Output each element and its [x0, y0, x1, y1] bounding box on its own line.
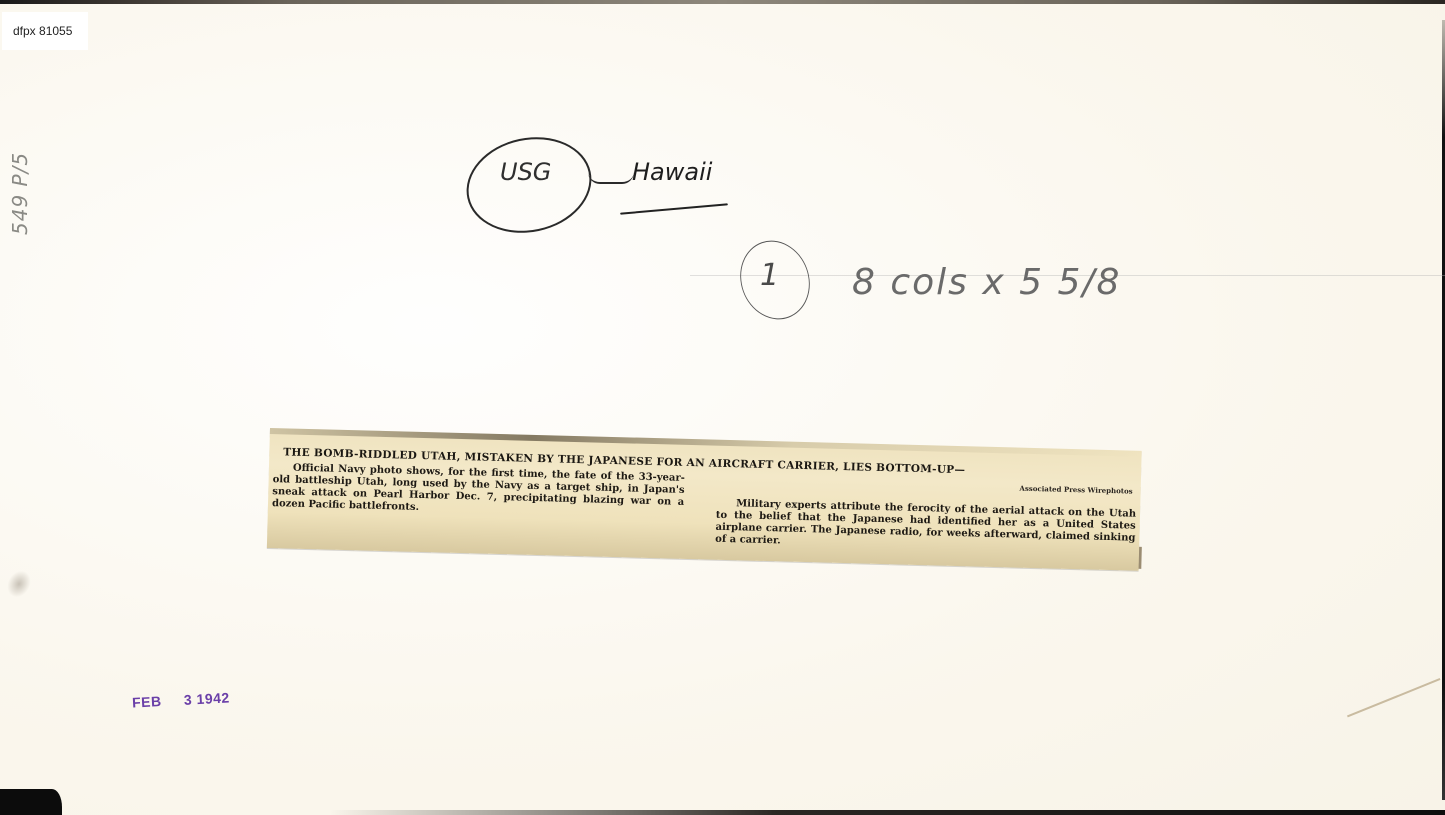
stamp-day-year: 3 1942 [183, 689, 230, 707]
clipping-column-left: Official Navy photo shows, for the first… [272, 462, 685, 521]
column-left-text: Official Navy photo shows, for the first… [272, 462, 685, 521]
location-note: Hawaii [632, 158, 712, 186]
torn-corner [0, 789, 62, 815]
top-edge-border [0, 0, 1445, 4]
paper-smudge [2, 566, 35, 601]
bottom-edge-border [330, 810, 1445, 815]
column-right-text: Military experts attribute the ferocity … [715, 498, 1136, 557]
location-underline [620, 203, 728, 214]
date-stamp: FEB 3 1942 [132, 689, 230, 710]
clipping-column-right: Military experts attribute the ferocity … [715, 498, 1136, 557]
newspaper-clipping: THE BOMB-RIDDLED UTAH, MISTAKEN BY THE J… [267, 428, 1142, 571]
side-pencil-note: 549 P/5 [8, 152, 32, 235]
connector-squiggle [588, 172, 634, 184]
dimensions-note: 8 cols x 5 5/8 [852, 262, 1121, 303]
paper-crease [1347, 678, 1440, 717]
circled-code-text: USG [500, 158, 551, 186]
archive-id-label: dfpx 81055 [2, 12, 88, 50]
clipping-credit: Associated Press Wirephotos [1019, 484, 1132, 496]
photo-back-paper: dfpx 81055 549 P/5 USG Hawaii 1 8 cols x… [0, 0, 1445, 815]
circled-number-text: 1 [760, 258, 779, 293]
stamp-month: FEB [132, 693, 162, 711]
archive-id-text: dfpx 81055 [13, 24, 72, 38]
